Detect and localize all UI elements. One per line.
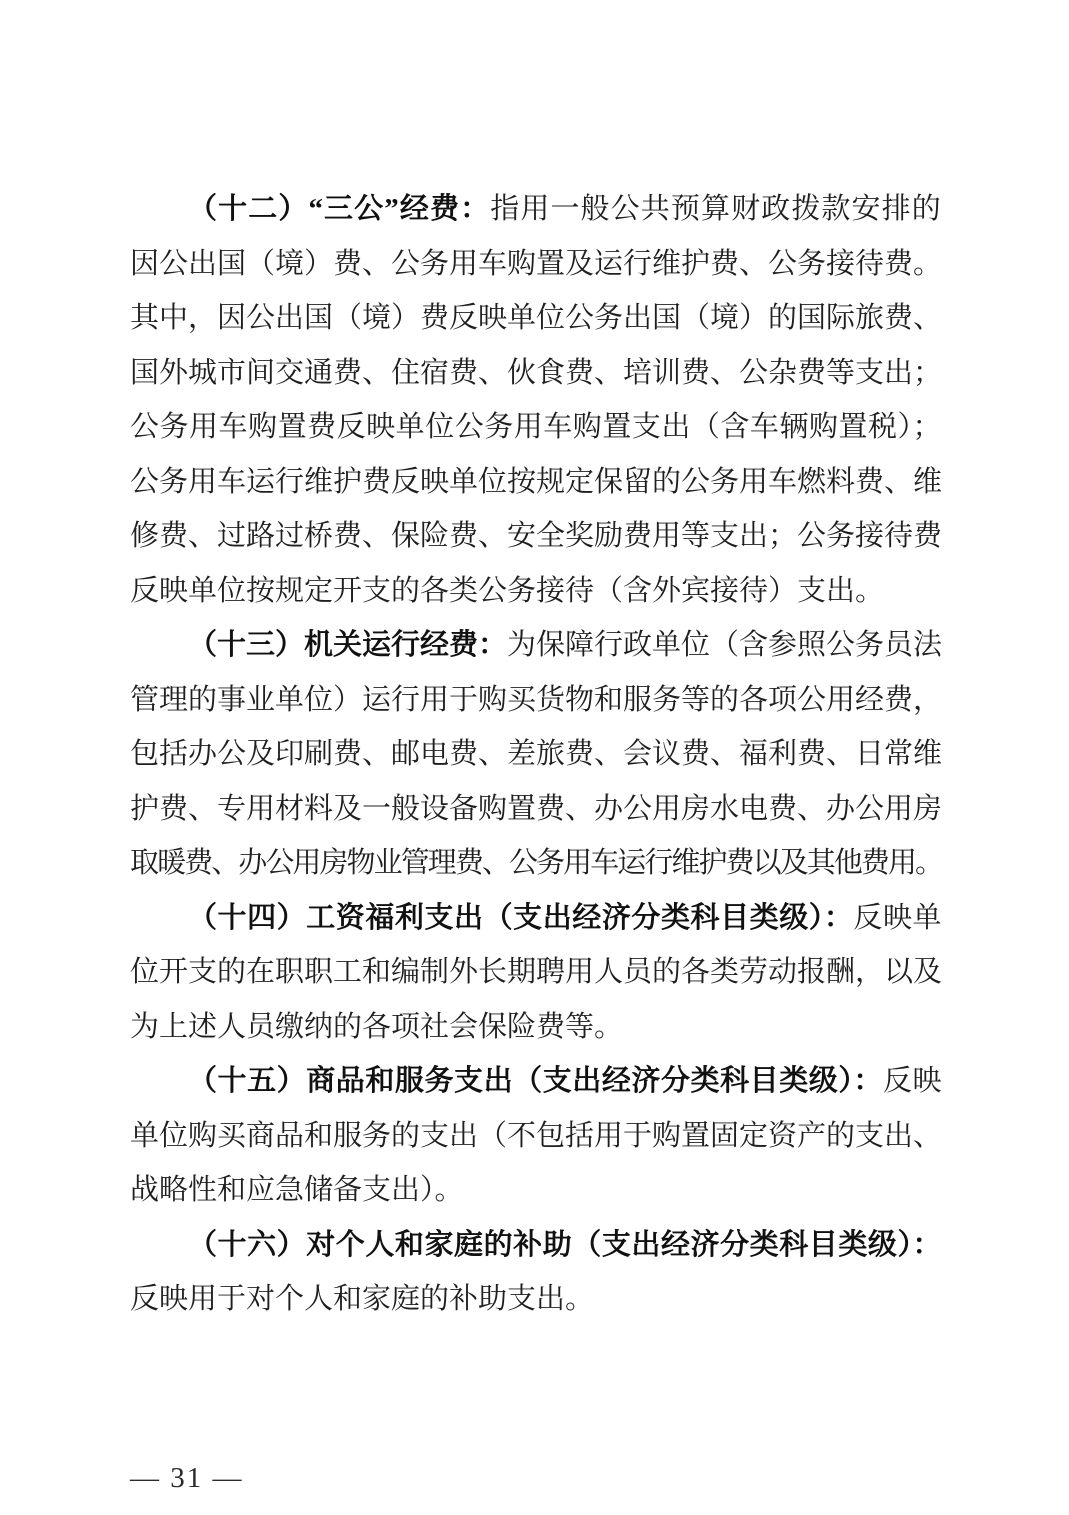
text-line: 包括办公及印刷费、邮电费、差旅费、会议费、福利费、日常维 <box>130 727 945 782</box>
text-line: 护费、专用材料及一般设备购置费、办公用房水电费、办公用房 <box>130 782 945 837</box>
line-text: 反映单位按规定开支的各类公务接待（含外宾接待）支出。 <box>130 575 884 607</box>
line-text: 公务用车购置费反映单位公务用车购置支出（含车辆购置税）； <box>130 411 942 443</box>
line-text: 包括办公及印刷费、邮电费、差旅费、会议费、福利费、日常维 <box>130 738 942 770</box>
line-text: 国外城市间交通费、住宿费、伙食费、培训费、公杂费等支出； <box>130 357 942 389</box>
page-number: — 31 — <box>130 1459 244 1497</box>
text-line: 反映单位按规定开支的各类公务接待（含外宾接待）支出。 <box>130 564 945 619</box>
document-body: （十二）“三公”经费：指用一般公共预算财政拨款安排的因公出国（境）费、公务用车购… <box>130 182 945 1327</box>
line-text: 指用一般公共预算财政拨款安排的 <box>490 193 942 225</box>
line-text: 因公出国（境）费、公务用车购置及运行维护费、公务接待费。 <box>130 248 942 280</box>
text-line: 位开支的在职职工和编制外长期聘用人员的各类劳动报酬，以及 <box>130 945 945 1000</box>
line-text: 护费、专用材料及一般设备购置费、办公用房水电费、办公用房 <box>130 793 942 825</box>
line-text: 管理的事业单位）运行用于购买货物和服务等的各项公用经费， <box>130 684 942 716</box>
text-line: 反映用于对个人和家庭的补助支出。 <box>130 1272 945 1327</box>
line-text: 反映用于对个人和家庭的补助支出。 <box>130 1283 594 1315</box>
text-line: 单位购买商品和服务的支出（不包括用于购置固定资产的支出、 <box>130 1109 945 1164</box>
line-text: 反映单 <box>853 902 942 934</box>
line-text: 位开支的在职职工和编制外长期聘用人员的各类劳动报酬，以及 <box>130 956 942 988</box>
term-label: （十六）对个人和家庭的补助（支出经济分类科目类级）： <box>188 1229 942 1261</box>
text-line: 战略性和应急储备支出）。 <box>130 1163 945 1218</box>
line-text: 公务用车运行维护费反映单位按规定保留的公务用车燃料费、维 <box>130 466 942 498</box>
line-text: 其中，因公出国（境）费反映单位公务出国（境）的国际旅费、 <box>130 302 942 334</box>
text-line: 公务用车购置费反映单位公务用车购置支出（含车辆购置税）； <box>130 400 945 455</box>
text-line: （十二）“三公”经费：指用一般公共预算财政拨款安排的 <box>130 182 945 237</box>
line-text: 战略性和应急储备支出）。 <box>130 1174 464 1206</box>
text-line: （十五）商品和服务支出（支出经济分类科目类级）：反映 <box>130 1054 945 1109</box>
line-text: 为上述人员缴纳的各项社会保险费等。 <box>130 1011 623 1043</box>
line-text: 反映 <box>883 1065 942 1097</box>
document-page: （十二）“三公”经费：指用一般公共预算财政拨款安排的因公出国（境）费、公务用车购… <box>0 0 1069 1515</box>
text-line: 取暖费、办公用房物业管理费、公务用车运行维护费以及其他费用。 <box>130 836 945 891</box>
line-text: 修费、过路过桥费、保险费、安全奖励费用等支出；公务接待费 <box>130 520 942 552</box>
term-label: （十二）“三公”经费： <box>188 193 490 225</box>
text-line: 其中，因公出国（境）费反映单位公务出国（境）的国际旅费、 <box>130 291 945 346</box>
line-text: 取暖费、办公用房物业管理费、公务用车运行维护费以及其他费用。 <box>130 847 942 879</box>
term-label: （十三）机关运行经费： <box>188 629 507 661</box>
text-line: 管理的事业单位）运行用于购买货物和服务等的各项公用经费， <box>130 673 945 728</box>
text-line: 因公出国（境）费、公务用车购置及运行维护费、公务接待费。 <box>130 237 945 292</box>
text-line: 国外城市间交通费、住宿费、伙食费、培训费、公杂费等支出； <box>130 346 945 401</box>
text-line: （十六）对个人和家庭的补助（支出经济分类科目类级）： <box>130 1218 945 1273</box>
text-line: 修费、过路过桥费、保险费、安全奖励费用等支出；公务接待费 <box>130 509 945 564</box>
line-text: 为保障行政单位（含参照公务员法 <box>507 629 942 661</box>
text-line: （十四）工资福利支出（支出经济分类科目类级）：反映单 <box>130 891 945 946</box>
text-line: （十三）机关运行经费：为保障行政单位（含参照公务员法 <box>130 618 945 673</box>
line-text: 单位购买商品和服务的支出（不包括用于购置固定资产的支出、 <box>130 1120 942 1152</box>
text-line: 公务用车运行维护费反映单位按规定保留的公务用车燃料费、维 <box>130 455 945 510</box>
text-line: 为上述人员缴纳的各项社会保险费等。 <box>130 1000 945 1055</box>
term-label: （十四）工资福利支出（支出经济分类科目类级）： <box>188 902 853 934</box>
term-label: （十五）商品和服务支出（支出经济分类科目类级）： <box>188 1065 883 1097</box>
